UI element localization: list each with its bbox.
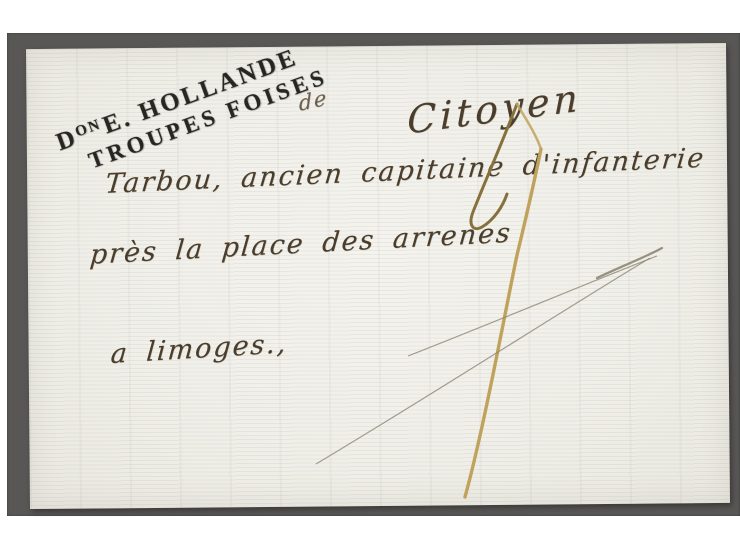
photo-mat: DONE. HOLLANDE TROUPES FOISES Citoyen de… [7, 33, 740, 516]
handwriting-salutation: Citoyen [407, 75, 582, 142]
postmark-line1-superscript: ON [73, 116, 103, 140]
handwriting-address-line1: Tarbou, ancien capitaine d'infanterie [104, 143, 707, 200]
handwriting-fragment: de [298, 85, 328, 116]
handwriting-address-line3: a limoges., [110, 328, 289, 370]
photo-frame: DONE. HOLLANDE TROUPES FOISES Citoyen de… [0, 0, 740, 557]
letter-sheet: DONE. HOLLANDE TROUPES FOISES Citoyen de… [26, 43, 730, 509]
handwriting-address-line2: près la place des arrenes [89, 218, 514, 271]
